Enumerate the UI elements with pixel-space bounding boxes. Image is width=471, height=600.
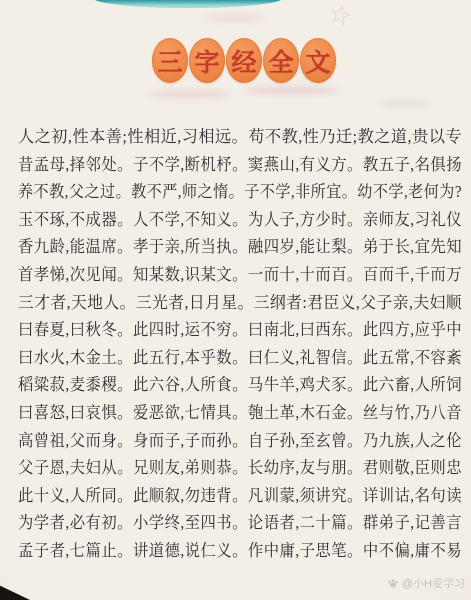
pink-scribble xyxy=(245,86,340,95)
text-line-content: 曰喜怒,曰哀惧。爱恶欲,七情具。匏土革,木石金。丝与竹,乃八音 xyxy=(18,399,462,423)
text-line: 曰水火,木金土。此五行,本乎数。曰仁义,礼智信。此五常,不容紊 xyxy=(18,344,462,372)
text-line: 昔孟母,择邻处。子不学,断机杼。窦燕山,有义方。教五子,名俱扬 xyxy=(18,151,462,179)
book-page: ☆ 三 字 经 全 文 人之初,性本善;性相近,习相远。苟不教,性乃迁;教之道,… xyxy=(0,0,471,600)
title-char: 文 xyxy=(305,43,330,79)
text-line-content: 曰水火,木金土。此五行,本乎数。曰仁义,礼智信。此五常,不容紊 xyxy=(18,344,462,368)
text-line-content: 曰春夏,曰秋冬。此四时,运不穷。曰南北,曰西东。此四方,应乎中 xyxy=(18,316,462,340)
text-line: 首孝悌,次见闻。知某数,识某文。一而十,十而百。百而千,千而万 xyxy=(18,261,462,289)
star-doodle-icon: ☆ xyxy=(325,0,356,33)
text-line-content: 玉不琢,不成器。人不学,不知义。为人子,方少时。亲师友,习礼仪 xyxy=(18,206,462,230)
text-line: 曰喜怒,曰哀惧。爱恶欲,七情具。匏土革,木石金。丝与竹,乃八音 xyxy=(18,399,462,427)
title-char: 字 xyxy=(194,43,219,79)
pink-scribble xyxy=(380,100,430,107)
pink-scribble xyxy=(150,90,230,98)
text-line: 孟子者,七篇止。讲道德,说仁义。作中庸,子思笔。中不偏,庸不易 xyxy=(18,537,462,565)
text-line-content: 首孝悌,次见闻。知某数,识某文。一而十,十而百。百而千,千而万 xyxy=(18,261,462,285)
text-line: 稻粱菽,麦黍稷。此六谷,人所食。马牛羊,鸡犬豕。此六畜,人所饲 xyxy=(18,371,462,399)
body-text: 人之初,性本善;性相近,习相远。苟不教,性乃迁;教之道,贵以专 昔孟母,择邻处。… xyxy=(18,123,462,565)
pink-scribble xyxy=(205,14,265,22)
text-line-content: 人之初,性本善;性相近,习相远。苟不教,性乃迁;教之道,贵以专 xyxy=(18,123,462,147)
photo-corner-shadow xyxy=(0,582,30,600)
watermark: @小H爱学习 xyxy=(387,575,465,591)
page-title: 三 字 经 全 文 xyxy=(152,38,337,83)
text-line: 父子恩,夫妇从。兄则友,弟则恭。长幼序,友与朋。君则敬,臣则忠 xyxy=(18,454,462,482)
text-line-content: 三才者,天地人。三光者,日月星。三纲者:君臣义,父子亲,夫妇顺 xyxy=(18,289,462,313)
text-line-content: 昔孟母,择邻处。子不学,断机杼。窦燕山,有义方。教五子,名俱扬 xyxy=(18,151,462,175)
title-badge: 文 xyxy=(300,38,336,83)
text-line-content: 高曾祖,父而身。身而子,子而孙。自子孙,至玄曾。乃九族,人之伦 xyxy=(18,427,462,451)
paw-icon xyxy=(387,577,399,589)
title-badge: 全 xyxy=(263,38,299,83)
text-line-content: 香九龄,能温席。孝于亲,所当执。融四岁,能让梨。弟于长,宜先知 xyxy=(18,233,462,257)
text-line-content: 稻粱菽,麦黍稷。此六谷,人所食。马牛羊,鸡犬豕。此六畜,人所饲 xyxy=(18,371,462,395)
text-line: 曰春夏,曰秋冬。此四时,运不穷。曰南北,曰西东。此四方,应乎中 xyxy=(18,316,462,344)
text-line: 为学者,必有初。小学终,至四书。论语者,二十篇。群弟子,记善言 xyxy=(18,509,462,537)
title-badge: 经 xyxy=(226,38,262,83)
text-line-content: 此十义,人所同。此顺叙,勿违背。凡训蒙,须讲究。详训诂,名句读 xyxy=(18,482,462,506)
photo-edge-teal xyxy=(93,0,283,8)
text-line-content: 养不教,父之过。教不严,师之惰。子不学,非所宜。幼不学,老何为? xyxy=(18,178,462,202)
text-line: 人之初,性本善;性相近,习相远。苟不教,性乃迁;教之道,贵以专 xyxy=(18,123,462,151)
title-badge: 字 xyxy=(189,38,225,83)
text-line-content: 父子恩,夫妇从。兄则友,弟则恭。长幼序,友与朋。君则敬,臣则忠 xyxy=(18,454,462,478)
watermark-text: @小H爱学习 xyxy=(402,575,465,591)
text-line: 高曾祖,父而身。身而子,子而孙。自子孙,至玄曾。乃九族,人之伦 xyxy=(18,427,462,455)
text-line: 玉不琢,不成器。人不学,不知义。为人子,方少时。亲师友,习礼仪 xyxy=(18,206,462,234)
title-badge: 三 xyxy=(152,38,188,83)
title-char: 三 xyxy=(157,43,182,79)
text-line: 三才者,天地人。三光者,日月星。三纲者:君臣义,父子亲,夫妇顺 xyxy=(18,289,462,317)
text-line-content: 为学者,必有初。小学终,至四书。论语者,二十篇。群弟子,记善言 xyxy=(18,509,462,533)
text-line: 此十义,人所同。此顺叙,勿违背。凡训蒙,须讲究。详训诂,名句读 xyxy=(18,482,462,510)
title-char: 全 xyxy=(268,43,293,79)
text-line: 养不教,父之过。教不严,师之惰。子不学,非所宜。幼不学,老何为? xyxy=(18,178,462,206)
text-line: 香九龄,能温席。孝于亲,所当执。融四岁,能让梨。弟于长,宜先知 xyxy=(18,233,462,261)
text-line-content: 孟子者,七篇止。讲道德,说仁义。作中庸,子思笔。中不偏,庸不易 xyxy=(18,537,462,561)
title-char: 经 xyxy=(231,43,256,79)
